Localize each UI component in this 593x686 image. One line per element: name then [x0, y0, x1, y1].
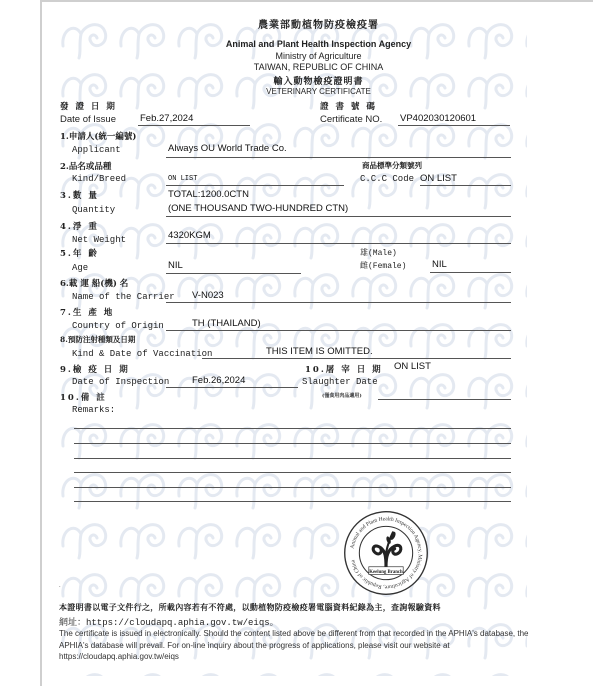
- issue-date-label-cn: 發 證 日 期: [60, 100, 117, 112]
- sex-female-label: 雌(Female): [360, 260, 406, 271]
- official-seal-icon: Animal and Plant Health Inspection Agenc…: [343, 510, 429, 596]
- inspection-date-label: Date of Inspection: [72, 377, 169, 387]
- certificate-page: 農業部動植物防疫檢疫署 Animal and Plant Health Insp…: [40, 0, 593, 686]
- remarks-line: [74, 458, 511, 459]
- ccc-code-label: C.C.C Code: [360, 174, 414, 184]
- origin-label: Country of Origin: [72, 321, 164, 331]
- applicant-value: Always OU World Trade Co.: [168, 143, 287, 154]
- certificate-no-label-cn: 證 書 號 碼: [320, 100, 377, 112]
- ccc-code-label-cn: 商品標準分類號列: [362, 160, 422, 171]
- quantity-label-cn: 3.數 量: [60, 189, 99, 201]
- age-value: NIL: [168, 260, 183, 271]
- footer-note-en: The certificate is issued in electronica…: [59, 628, 529, 663]
- remarks-line: [74, 487, 511, 488]
- quantity-value-total: TOTAL:1200.0CTN: [168, 189, 249, 200]
- quantity-value-words: (ONE THOUSAND TWO-HUNDRED CTN): [168, 203, 348, 214]
- inspection-date-label-cn: 9.檢 疫 日 期: [60, 363, 130, 375]
- kind-label-cn: 2.品名或品種: [60, 160, 111, 172]
- issue-date-value: Feb.27,2024: [140, 113, 193, 124]
- slaughter-date-label-cn: 10.屠 宰 日 期: [305, 363, 383, 375]
- ministry-name: Ministry of Agriculture: [42, 51, 593, 61]
- slaughter-date-note: (僅食用肉品適用): [322, 392, 362, 399]
- carrier-label-cn: 6.載 運 船(機) 名: [60, 277, 128, 289]
- country-name: TAIWAN, REPUBLIC OF CHINA: [42, 62, 593, 72]
- net-weight-label: Net Weight: [72, 235, 126, 245]
- remarks-line: [74, 428, 511, 429]
- svg-text:Keelung Branch: Keelung Branch: [369, 570, 403, 575]
- carrier-label: Name of the Carrier: [72, 292, 175, 302]
- remarks-label-cn: 10.備 註: [60, 391, 107, 403]
- vaccination-value: THIS ITEM IS OMITTED.: [266, 346, 373, 357]
- age-label: Age: [72, 263, 88, 273]
- applicant-label: Applicant: [72, 145, 121, 155]
- sex-value: NIL: [432, 259, 447, 270]
- agency-name-en: Animal and Plant Health Inspection Agenc…: [42, 39, 593, 49]
- vaccination-label: Kind & Date of Vaccination: [72, 349, 212, 359]
- footer-note-cn: 本證明書以電子文件行之，所載內容若有不符處，以動植物防疫檢疫署電腦資料紀錄為主，…: [59, 602, 441, 613]
- footer-url-line: 網址：https://cloudapq.aphia.gov.tw/eiqs。: [59, 615, 279, 628]
- vaccination-label-cn: 8.預防注射種類及日期: [60, 334, 135, 345]
- certificate-title-cn: 輸入動物檢疫證明書: [42, 74, 593, 87]
- origin-value: TH (THAILAND): [192, 318, 261, 329]
- agency-name-cn: 農業部動植物防疫檢疫署: [42, 16, 593, 31]
- net-weight-label-cn: 4.淨 重: [60, 220, 99, 232]
- issue-date-label: Date of Issue: [60, 114, 116, 125]
- origin-label-cn: 7.生 產 地: [60, 306, 114, 318]
- certificate-title-en: VETERINARY CERTIFICATE: [42, 87, 593, 96]
- quantity-label: Quantity: [72, 205, 115, 215]
- age-label-cn: 5.年 齡: [60, 247, 99, 259]
- applicant-label-cn: 1.申請人(統一編號): [60, 130, 136, 142]
- sex-male-label: 雄(Male): [360, 247, 397, 258]
- footer-dot: .: [59, 583, 61, 589]
- slaughter-date-value: ON LIST: [394, 361, 431, 372]
- certificate-no-label: Certificate NO.: [320, 114, 382, 125]
- net-weight-value: 4320KGM: [168, 230, 211, 241]
- remarks-label: Remarks:: [72, 405, 115, 415]
- kind-label: Kind/Breed: [72, 174, 126, 184]
- remarks-line: [74, 501, 511, 502]
- kind-value: ON LIST: [168, 175, 197, 183]
- certificate-no-value: VP402030120601: [400, 113, 476, 124]
- remarks-line: [74, 443, 511, 444]
- remarks-line: [74, 472, 511, 473]
- ccc-code-value: ON LIST: [420, 173, 457, 184]
- carrier-value: V-N023: [192, 290, 224, 301]
- slaughter-date-label: Slaughter Date: [302, 377, 378, 387]
- inspection-date-value: Feb.26,2024: [192, 375, 245, 386]
